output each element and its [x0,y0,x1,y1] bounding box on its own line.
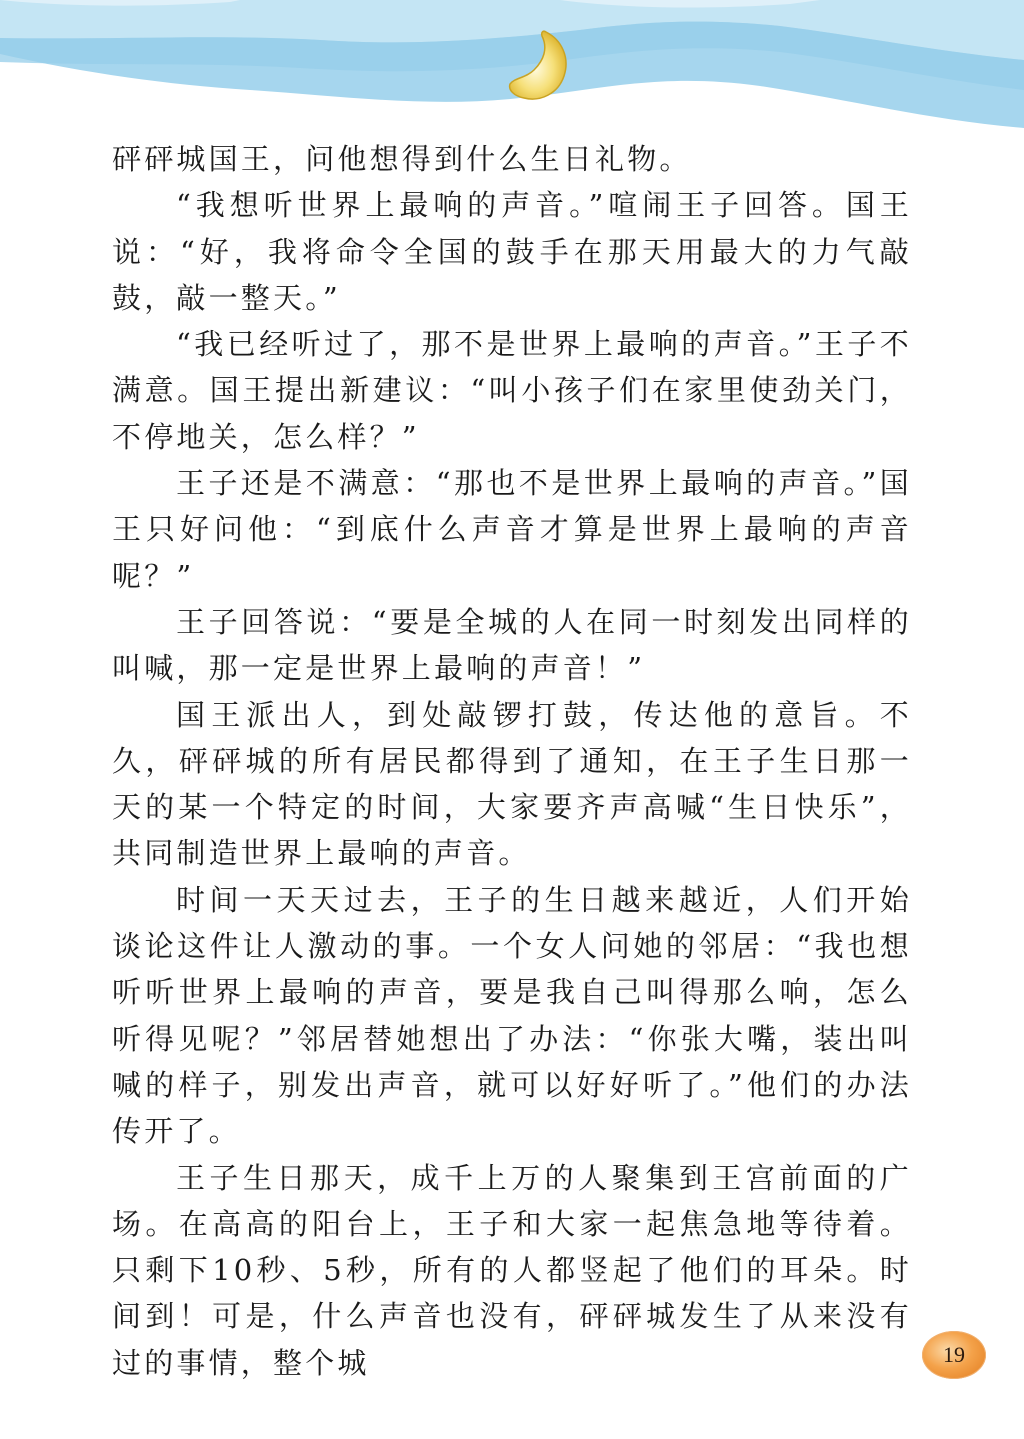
paragraph-3: “我已经听过了，那不是世界上最响的声音。”王子不满意。国王提出新建议：“叫小孩子… [112,321,912,460]
paragraph-8: 王子生日那天，成千上万的人聚集到王宫前面的广场。在高高的阳台上，王子和大家一起焦… [112,1155,912,1386]
paragraph-6: 国王派出人，到处敲锣打鼓，传达他的意旨。不久，砰砰城的所有居民都得到了通知，在王… [112,692,912,877]
paragraph-2: “我想听世界上最响的声音。”喧闹王子回答。国王说：“好，我将命令全国的鼓手在那天… [112,182,912,321]
page-number-badge: 19 [922,1331,986,1379]
page-number: 19 [943,1342,965,1368]
story-text: 砰砰城国王，问他想得到什么生日礼物。 “我想听世界上最响的声音。”喧闹王子回答。… [112,136,912,1386]
paragraph-1: 砰砰城国王，问他想得到什么生日礼物。 [112,136,912,182]
paragraph-4: 王子还是不满意：“那也不是世界上最响的声音。”国王只好问他：“到底什么声音才算是… [112,460,912,599]
paragraph-5: 王子回答说：“要是全城的人在同一时刻发出同样的叫喊，那一定是世界上最响的声音！” [112,599,912,692]
crescent-moon-icon [500,26,580,106]
paragraph-7: 时间一天天过去，王子的生日越来越近，人们开始谈论这件让人激动的事。一个女人问她的… [112,877,912,1155]
